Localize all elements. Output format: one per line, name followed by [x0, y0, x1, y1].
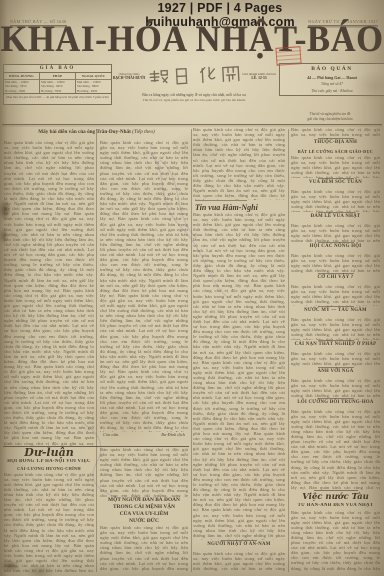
office-box: BÁO QUÁN 44 — Phố hàng Gai — Hanoi Tiếng… — [279, 63, 384, 96]
body-text-block: Bản quán kính cáo cùng chư vị độc giả gầ… — [193, 212, 285, 540]
headline-nuoc-my: NƯỚC MỸ — TÀU NGẦM — [291, 306, 380, 317]
price-row: Ba tháng . 3$00 — [4, 89, 39, 93]
headline-co-chi-vay: CỚ CHI VẬY ? — [291, 273, 380, 284]
column-4: Bản quán kính cáo cùng chư vị độc giả gầ… — [291, 127, 380, 572]
translator-credit: Ba-Đình dịch — [161, 432, 185, 439]
body-text-block: Bản quán kính cáo cùng chư vị độc giả gầ… — [100, 140, 188, 432]
office-note-line: gửi cho ông chủ nhiệm bản báo — [279, 117, 381, 122]
body-text-block: Bản quán kính cáo cùng chư vị độc giả gầ… — [291, 284, 380, 306]
price-group-france: PHÁP Một năm . . 12$00 Sáu tháng . 6$50 … — [39, 73, 75, 93]
header-rule — [2, 124, 382, 125]
masthead-center: (Sáng lập viên) BẠCH-THÁI-BƯỞI — [112, 64, 276, 102]
newspaper-page: 1927 | PDF | 4 Pages buihuuhanh@gmail.co… — [0, 0, 384, 576]
body-text-block: Bản quán kính cáo cùng chư vị độc giả gầ… — [291, 223, 380, 242]
chinese-title-icon — [145, 62, 242, 91]
price-group-name: PHÁP — [40, 73, 75, 80]
article-footer: Còn nữa. Ba-Đình dịch — [100, 432, 188, 439]
price-row: Ba tháng . 3$50 — [40, 89, 75, 93]
column-3: Bản quán kính cáo cùng chư vị độc giả gầ… — [193, 127, 285, 572]
body-text-block: Bản quán kính cáo cùng chư vị độc giả gầ… — [291, 253, 380, 273]
continuation-note: Còn nữa. — [103, 432, 119, 439]
founder-block: (Sáng lập viên) BẠCH-THÁI-BƯỞI — [112, 72, 146, 81]
body-text-block: Bản quán kính cáo cùng chư vị độc giả gầ… — [291, 155, 380, 178]
body-text-block: Bản quán kính cáo cùng chư vị độc giả gầ… — [193, 127, 285, 200]
section-head-du-luan: Dư-luận — [4, 446, 94, 459]
body-text-block: Bản quán kính cáo cùng chư vị độc giả gầ… — [291, 409, 380, 490]
subhead-hoi-dong: HỘI ĐỒNG T.P HÀ-NỘI VỚI VIỆC — [4, 459, 94, 466]
section-head-viec-nuoc-tau: Việc nước Tàu — [291, 490, 380, 503]
headline-thuoc-dia-anh: THUỘC-ĐỊA ANH — [291, 138, 380, 149]
column-divider — [96, 129, 97, 572]
price-group-indochina: ĐÔNG-DƯƠNG Một năm . . 10$00 Sáu tháng .… — [4, 73, 39, 93]
body-text-block: Bản quán kính cáo cùng chư vị độc giả gầ… — [193, 551, 285, 572]
column-2: Bản quán kính cáo cùng chư vị độc giả gầ… — [100, 127, 188, 572]
headline-anh-voi-nga: ANH VỚI NGA — [291, 367, 380, 378]
body-text-block: Bản quán kính cáo cùng chư vị độc giả gầ… — [100, 447, 188, 497]
office-line: Tiếng nói số 47 — [281, 82, 383, 86]
office-line: Thư cuộc giấy má : Khaihoa — [281, 89, 383, 93]
body-text-block: Bản quán kính cáo cùng chư vị độc giả gầ… — [291, 378, 380, 398]
headline-uy-liem-1: MỘT NGƯỜI ĐÀN BÀ ĐOÁN — [100, 497, 188, 504]
price-box: GIÁ BÁO ĐÔNG-DƯƠNG Một năm . . 10$00 Sáu… — [3, 64, 112, 105]
office-notes: Thư từ và ngân phiếu xin đề gửi cho ông … — [279, 112, 381, 121]
price-group-foreign: NGOẠI-QUỐC Một năm . . 15$00 Sáu tháng .… — [75, 73, 111, 93]
price-note: Mua báo xin giả tiền trước — Ai giả bằng… — [4, 93, 111, 104]
price-group-name: ĐÔNG-DƯƠNG — [4, 73, 39, 80]
headline-uy-liem-2: TRONG CÁI MỆNH VẬN — [100, 504, 188, 511]
headline-dam-le-vua-nhat: ĐÁM LỄ VUA NHẬT — [291, 212, 380, 223]
column-divider — [191, 129, 192, 572]
masthead-title: KHAI-HÓA NHẬT-BÁO — [0, 19, 384, 61]
body-text-block: Bản quán kính cáo cùng chư vị độc giả gầ… — [291, 510, 380, 573]
body-region: Mấy bài diễn văn của ông Trần-Duy-Nhất (… — [0, 127, 384, 572]
body-text-block: Bản quán kính cáo cùng chư vị độc giả gầ… — [291, 127, 380, 138]
body-text-block: Bản quán kính cáo cùng chư vị độc giả gầ… — [291, 351, 380, 367]
body-text-block: Bản quán kính cáo cùng chư vị độc giả gầ… — [4, 472, 94, 573]
headline-ham-nghi: Tin vua Hàm-Nghi — [193, 200, 285, 212]
body-text-block: Bản quán kính cáo cùng chư vị độc giả gầ… — [291, 189, 380, 212]
price-group-name: NGOẠI-QUỐC — [76, 73, 111, 80]
headline-nong-hoi: HỘI CÁC NÔNG HỘI — [291, 242, 380, 253]
founder-name: BẠCH-THÁI-BƯỞI — [113, 76, 145, 80]
column-divider — [288, 129, 289, 572]
watermark-line1: 1927 | PDF | 4 Pages — [110, 1, 330, 15]
director-name: LÊ. 12-55 — [251, 76, 266, 80]
headline-nguoi-nhat: NGƯỜI NHẬT Ở AN-NAM — [193, 540, 285, 551]
body-text-block: Bản quán kính cáo cùng chư vị độc giả gầ… — [100, 525, 188, 572]
headline-soc-tuan: VUA ĐÊM SÓC TUẦN — [291, 178, 380, 189]
office-box-title: BÁO QUÁN — [281, 66, 383, 72]
price-box-title: GIÁ BÁO — [4, 65, 111, 73]
headline-trung-hoa: LỐI CƯỠNG ĐỐI TRUNG-HOA — [291, 398, 380, 409]
headline-that-nghiep: CÁI NẠN THẤT NGHIỆP Ở PHÁP — [291, 340, 380, 351]
column-1: Bản quán kính cáo cùng chư vị độc giả gầ… — [4, 127, 94, 572]
headline-uy-liem-3: CỦA VUA UY-LIÊM — [100, 511, 188, 518]
director-block: Chủ nhiệm kiêm chủ bút LÊ. 12-55 — [242, 72, 276, 81]
headline-uy-liem-4: NƯỚC ĐỨC — [100, 518, 188, 525]
headline-han-anh: TỪ HÁN-ANH ĐẾN VUA NHẬT — [291, 503, 380, 510]
body-text-block: Bản quán kính cáo cùng chư vị độc giả gầ… — [4, 140, 94, 446]
price-table: ĐÔNG-DƯƠNG Một năm . . 10$00 Sáu tháng .… — [4, 73, 111, 93]
body-text-block: Bản quán kính cáo cùng chư vị độc giả gầ… — [291, 317, 380, 340]
price-row: Ba tháng . 4$50 — [76, 89, 111, 93]
office-address: 44 — Phố hàng Gai — Hanoi — [281, 75, 383, 80]
notice-line: Thư từ, bài vở, ngân phiếu xin gửi cả ch… — [112, 98, 276, 102]
